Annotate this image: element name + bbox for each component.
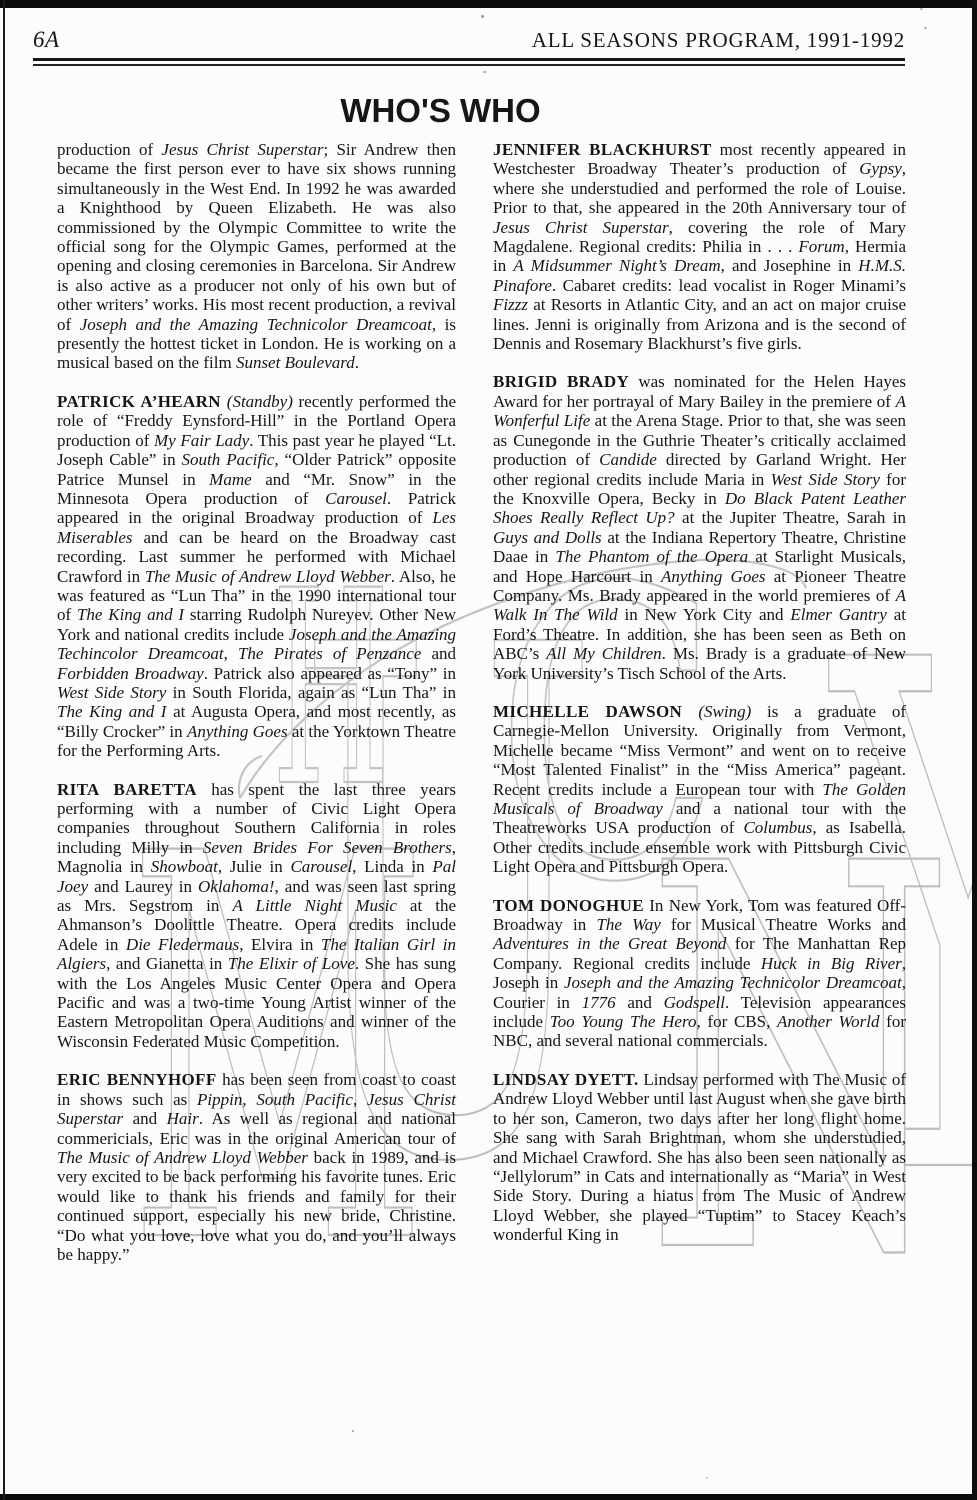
show-title: Die Fledermaus: [126, 935, 239, 954]
show-title: Another World: [777, 1012, 879, 1031]
bio-text: , Elvira in: [239, 935, 321, 954]
show-title: Forum: [798, 237, 844, 256]
show-title: Godspell: [664, 993, 725, 1012]
bio-text: and: [123, 1109, 166, 1128]
bio-paragraph: RITA BARETTA has spent the last three ye…: [57, 780, 456, 1052]
scan-speck: [924, 27, 927, 29]
show-title: Jesus Christ Superstar: [493, 218, 669, 237]
page-number: 6A: [33, 27, 60, 53]
show-title: Candide: [599, 450, 657, 469]
bio-text: , and Josephine in: [721, 256, 859, 275]
scan-speck: [920, 8, 923, 10]
show-title: Guys and Dolls: [493, 528, 602, 547]
page-header: 6A ALL SEASONS PROGRAM, 1991-1992: [33, 27, 905, 53]
left-column: production of Jesus Christ Superstar; Si…: [57, 140, 456, 1264]
show-title: The Way: [596, 915, 660, 934]
show-title: Anything Goes: [661, 567, 766, 586]
bio-text: in New York City and: [618, 605, 791, 624]
bio-text: at Resorts in Atlantic City, and an act …: [493, 295, 906, 353]
show-title: Gypsy: [859, 159, 901, 178]
show-title: Pippin: [197, 1090, 242, 1109]
bio-name: JENNIFER BLACKHURST: [493, 140, 712, 159]
bio-text: and: [421, 644, 456, 663]
show-title: Oklahoma!: [198, 877, 274, 896]
bio-paragraph: JENNIFER BLACKHURST most recently appear…: [493, 140, 906, 353]
scan-speck: [483, 71, 486, 73]
show-title: My Fair Lady: [154, 431, 249, 450]
show-title: Hair: [167, 1109, 199, 1128]
bio-paragraph: MICHELLE DAWSON (Swing) is a graduate of…: [493, 702, 906, 877]
show-title: The King and I: [77, 605, 184, 624]
show-title: The King and I: [57, 702, 166, 721]
show-title: West Side Story: [771, 470, 880, 489]
show-title: 1776: [582, 993, 616, 1012]
show-title: A Midsummer Night’s Dream: [513, 256, 720, 275]
bio-paragraph: PATRICK A’HEARN (Standby) recently perfo…: [57, 392, 456, 761]
show-title: South Pacific: [256, 1090, 353, 1109]
section-title: WHO'S WHO: [0, 92, 929, 130]
right-column: JENNIFER BLACKHURST most recently appear…: [493, 140, 906, 1264]
show-title: (Standby): [227, 392, 293, 411]
scan-edge-top: [0, 0, 977, 8]
show-title: The Pirates of Penzance: [238, 644, 421, 663]
scan-speck: [706, 1477, 708, 1479]
bio-text: at the Jupiter Theatre, Sarah in: [675, 508, 906, 527]
scan-edge-left: [3, 0, 5, 1500]
scan-edge-right: [972, 0, 977, 1500]
show-title: Sunset Boulevard: [236, 353, 355, 372]
bio-text: and Laurey in: [88, 877, 198, 896]
bio-paragraph: ERIC BENNYHOFF has been seen from coast …: [57, 1070, 456, 1264]
bio-text: in South Florida, again as “Lun Tha” in: [166, 683, 456, 702]
program-header-title: ALL SEASONS PROGRAM, 1991-1992: [532, 28, 905, 53]
bio-text: .: [355, 353, 359, 372]
bio-text: for Musical Theatre Works and: [661, 915, 906, 934]
bio-text: Lindsay performed with The Music of Andr…: [493, 1070, 906, 1244]
show-title: Mame: [209, 470, 251, 489]
bio-text: ,: [224, 644, 238, 663]
scan-speck: [352, 1430, 354, 1432]
show-title: Showboat: [151, 857, 218, 876]
bio-columns: production of Jesus Christ Superstar; Si…: [57, 140, 906, 1264]
bio-paragraph: production of Jesus Christ Superstar; Si…: [57, 140, 456, 373]
bio-text: , Linda in: [352, 857, 432, 876]
show-title: Seven Brides For Seven Brothers: [203, 838, 452, 857]
show-title: Adventures in the Great Beyond: [493, 934, 726, 953]
bio-name: MICHELLE DAWSON: [493, 702, 698, 721]
show-title: Too Young The Hero: [550, 1012, 697, 1031]
show-title: Joseph and the Amazing Technicolor Dream…: [564, 973, 902, 992]
bio-paragraph: LINDSAY DYETT. Lindsay performed with Th…: [493, 1070, 906, 1245]
scan-speck: [481, 15, 484, 18]
show-title: Forbidden Broadway: [57, 664, 204, 683]
bio-name: RITA BARETTA: [57, 780, 197, 799]
bio-text: . Cabaret credits: lead vocalist in Roge…: [552, 276, 906, 295]
bio-paragraph: BRIGID BRADY was nominated for the Helen…: [493, 372, 906, 683]
show-title: Fizzz: [493, 295, 528, 314]
show-title: West Side Story: [57, 683, 166, 702]
bio-paragraph: TOM DONOGHUE In New York, Tom was featur…: [493, 896, 906, 1051]
show-title: Anything Goes: [187, 722, 288, 741]
show-title: The Elixir of Love: [228, 954, 355, 973]
show-title: The Phantom of the Opera: [555, 547, 748, 566]
program-page: 6A ALL SEASONS PROGRAM, 1991-1992 WHO'S …: [0, 0, 977, 1500]
show-title: South Pacific: [182, 450, 275, 469]
bio-name: BRIGID BRADY: [493, 372, 629, 391]
header-rule: [33, 58, 905, 66]
header-rule-thin: [33, 64, 905, 66]
show-title: Joseph and the Amazing Technicolor Dream…: [80, 315, 432, 334]
bio-text: and: [616, 993, 664, 1012]
scan-edge-bottom: [0, 1494, 977, 1500]
show-title: (Swing): [698, 702, 751, 721]
bio-text: ; Sir Andrew then became the first perso…: [57, 140, 456, 334]
show-title: All My Children: [546, 644, 661, 663]
show-title: The Music of Andrew Lloyd Webber: [145, 567, 391, 586]
bio-name: PATRICK A’HEARN: [57, 392, 227, 411]
bio-text: , and Gianetta in: [106, 954, 228, 973]
bio-name: ERIC BENNYHOFF: [57, 1070, 217, 1089]
show-title: A Little Night Music: [232, 896, 396, 915]
bio-text: , for CBS,: [696, 1012, 777, 1031]
bio-text: production of: [57, 140, 161, 159]
show-title: Huck in Big River: [761, 954, 902, 973]
show-title: Columbus: [743, 818, 812, 837]
show-title: The Music of Andrew Lloyd Webber: [57, 1148, 308, 1167]
bio-text: ,: [353, 1090, 367, 1109]
bio-text: . Patrick also appeared as “Tony” in: [204, 664, 456, 683]
bio-text: ,: [242, 1090, 256, 1109]
bio-text: , Julie in: [218, 857, 291, 876]
bio-name: LINDSAY DYETT.: [493, 1070, 639, 1089]
bio-name: TOM DONOGHUE: [493, 896, 644, 915]
show-title: Elmer Gantry: [790, 605, 887, 624]
header-rule-thick: [33, 58, 905, 61]
show-title: Jesus Christ Superstar: [161, 140, 323, 159]
show-title: Carousel: [290, 857, 352, 876]
show-title: Carousel: [325, 489, 387, 508]
